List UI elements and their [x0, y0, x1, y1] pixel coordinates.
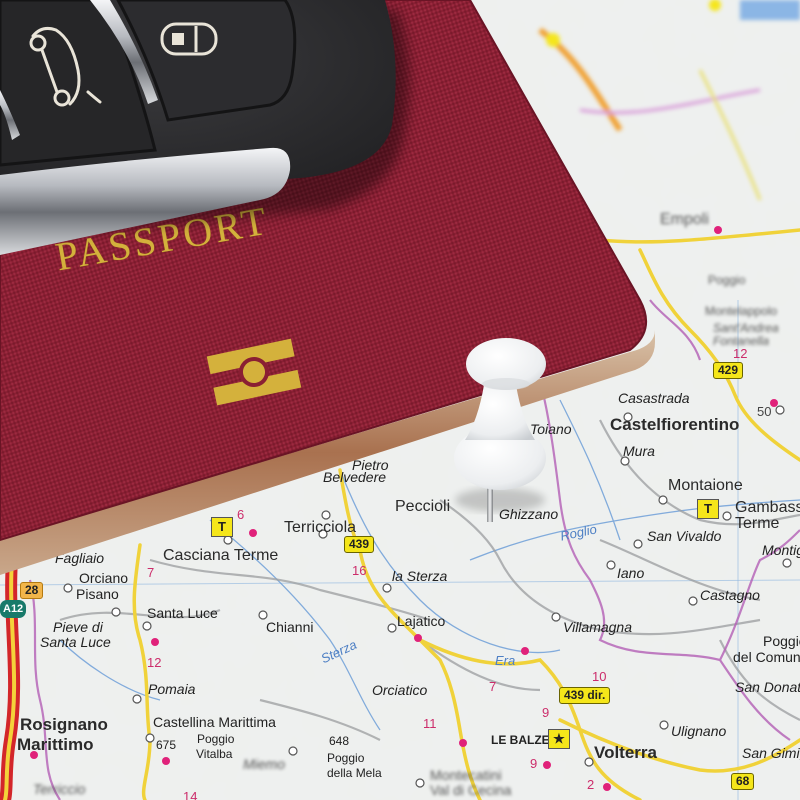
- push-pin: [0, 0, 800, 800]
- photo-scene: Empoli Poggio Montelappolo Sant'Andrea F…: [0, 0, 800, 800]
